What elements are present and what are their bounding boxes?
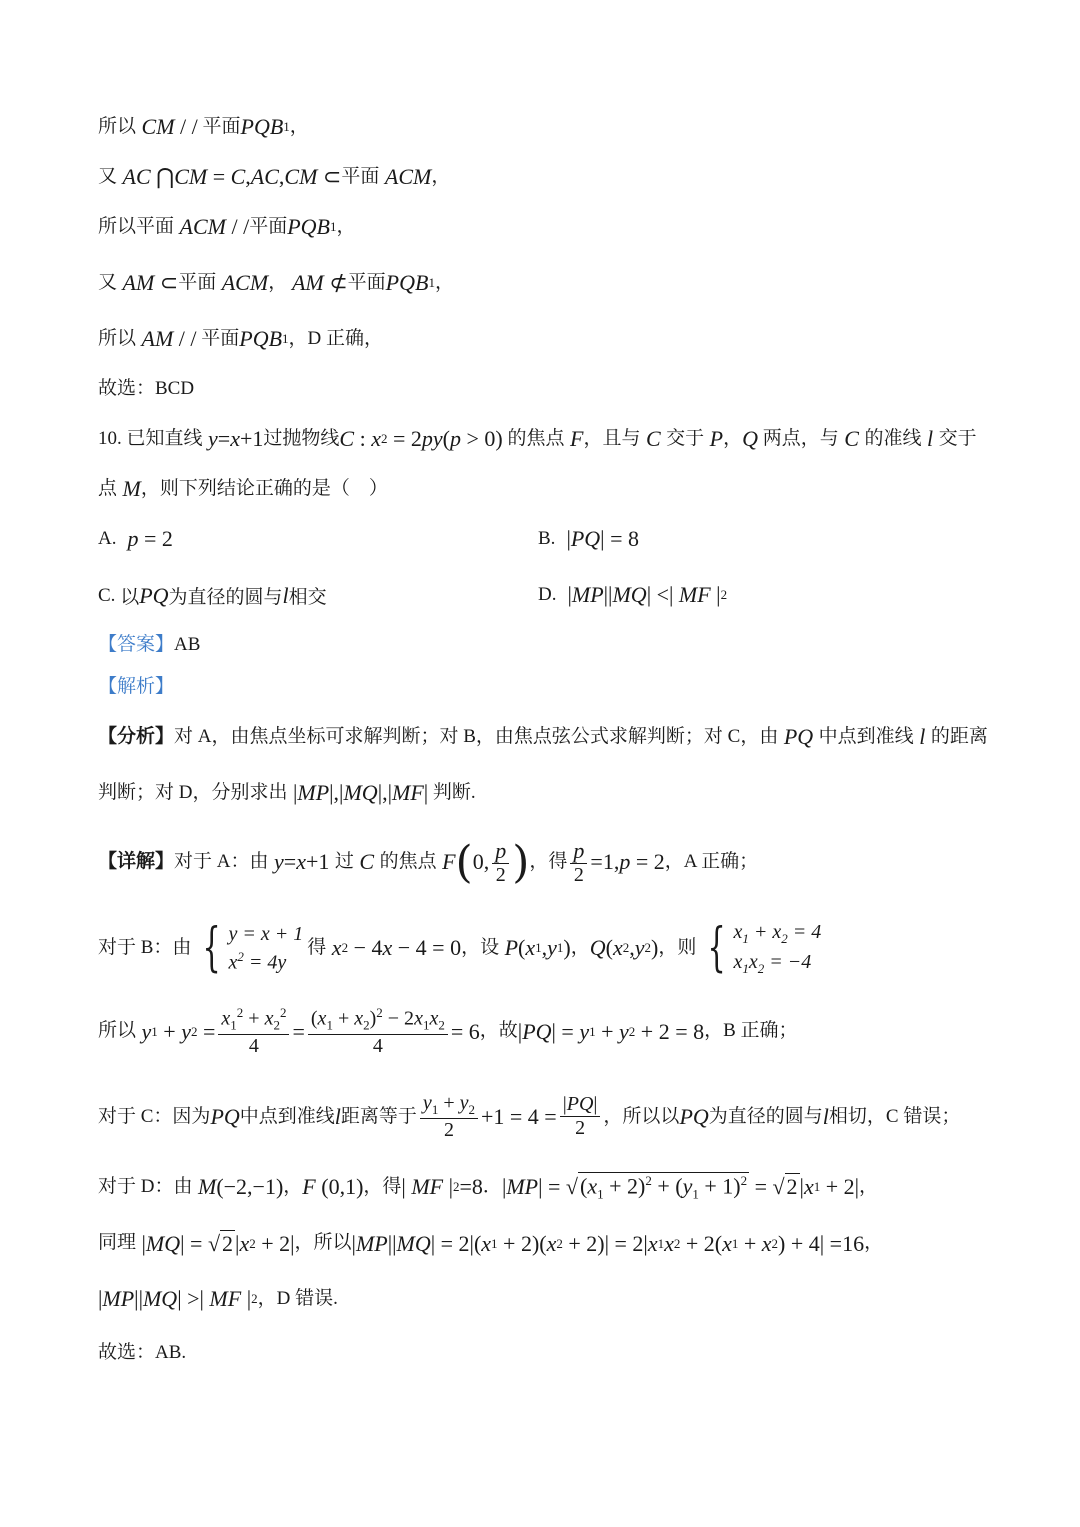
- fenxi-line-1: 【分析】 对 A，由焦点坐标可求解判断；对 B，由焦点弦公式求解判断；对 C，由…: [98, 724, 988, 750]
- detail-c: 对于 C：因为PQ中点到准线l距离等于 y1 + y22 +1 = 4 = |P…: [98, 1092, 960, 1142]
- proof-line-2: 又 AC ⋂CM = C,AC,CM ⊂平面 ACM，: [98, 164, 450, 190]
- detail-d-3: |MP||MQ| >| MF |2，D 错误.: [98, 1286, 338, 1312]
- proof-line-3: 所以平面 ACM / /平面PQB1，: [98, 214, 356, 240]
- detail-b-1: 对于 B：由 {y = x + 1x2 = 4y 得 x2 − 4x − 4 =…: [98, 918, 825, 978]
- proof-conclusion: 故选：BCD: [98, 378, 194, 401]
- answer-tag: 【答案】: [98, 634, 174, 657]
- option-a: A. p = 2: [98, 526, 173, 552]
- question-number: 10.: [98, 428, 122, 451]
- option-d: D. |MP||MQ| <| MF |2: [538, 582, 727, 608]
- analysis-heading: 【解析】: [98, 676, 174, 699]
- question-line-1: 10. 已知直线 y=x+1过抛物线C : x2 = 2py(p > 0) 的焦…: [98, 426, 977, 452]
- option-b: B. |PQ| = 8: [538, 526, 639, 552]
- fenxi-line-2: 判断；对 D，分别求出 |MP|,|MQ|,|MF| 判断.: [98, 780, 476, 806]
- detail-a: 【详解】 对于 A：由 y=x+1 过 C 的焦点 F (0,p2) ，得p2=…: [98, 838, 758, 887]
- question-line-2: 点 M，则下列结论正确的是（ ）: [98, 476, 388, 502]
- option-c: C. 以PQ为直径的圆与l相交: [98, 582, 327, 609]
- detail-b-2: 所以 y1 + y2 = x12 + x224 = (x1 + x2)2 − 2…: [98, 1006, 798, 1058]
- proof-line-5: 所以 AM / / 平面PQB1，D 正确，: [98, 326, 383, 352]
- answer-line: 【答案】 AB: [98, 634, 200, 657]
- proof-line-4: 又 AM ⊂平面 ACM， AM ⊄平面PQB1，: [98, 270, 454, 296]
- detail-d-1: 对于 D：由 M(−2,−1)，F (0,1)，得| MF |2=8． |MP|…: [98, 1172, 878, 1202]
- detail-d-2: 同理 |MQ| = √2|x2 + 2|，所以|MP||MQ| = 2|(x1 …: [98, 1230, 883, 1257]
- answer-value: AB: [174, 634, 200, 657]
- final-answer: 故选：AB.: [98, 1342, 186, 1365]
- proof-line-1: 所以 CM / / 平面PQB1，: [98, 114, 309, 140]
